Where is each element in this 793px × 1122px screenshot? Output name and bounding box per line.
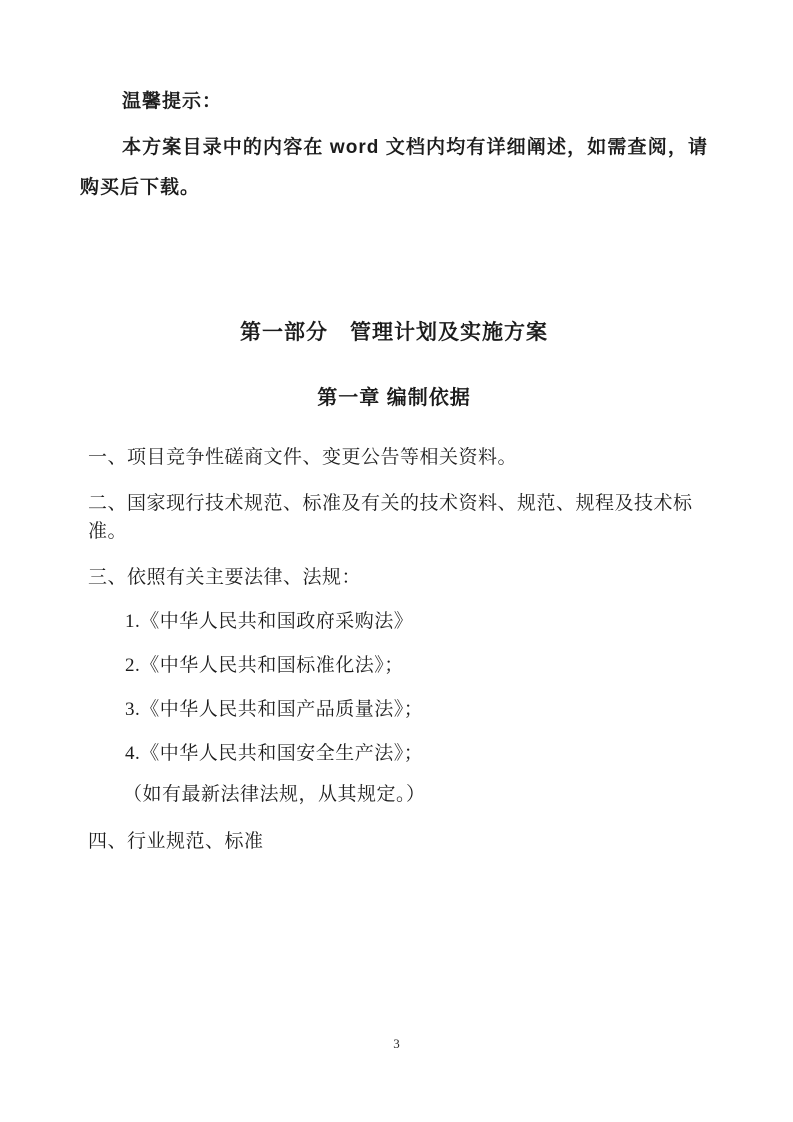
notice-body: 本方案目录中的内容在 word 文档内均有详细阐述，如需查阅，请购买后下载。 xyxy=(80,128,708,208)
law-item-4: 4.《中华人民共和国安全生产法》； xyxy=(125,740,708,768)
law-item-3: 3.《中华人民共和国产品质量法》； xyxy=(125,696,708,724)
list-item-4: 四、行业规范、标准 xyxy=(88,828,708,856)
page-number: 3 xyxy=(0,1036,793,1052)
chapter-heading: 第一章 编制依据 xyxy=(80,384,708,412)
list-item-3: 三、依照有关主要法律、法规： xyxy=(88,564,708,592)
document-page: 温馨提示： 本方案目录中的内容在 word 文档内均有详细阐述，如需查阅，请购买… xyxy=(0,0,793,1122)
list-item-2: 二、国家现行技术规范、标准及有关的技术资料、规范、规程及技术标准。 xyxy=(88,490,708,546)
list-item-1: 一、项目竞争性磋商文件、变更公告等相关资料。 xyxy=(88,444,708,472)
law-item-1: 1.《中华人民共和国政府采购法》 xyxy=(125,608,708,636)
notice-title: 温馨提示： xyxy=(80,88,708,116)
part-heading: 第一部分 管理计划及实施方案 xyxy=(80,318,708,348)
law-note: （如有最新法律法规，从其规定。） xyxy=(123,781,708,809)
law-item-2: 2.《中华人民共和国标准化法》； xyxy=(125,652,708,680)
